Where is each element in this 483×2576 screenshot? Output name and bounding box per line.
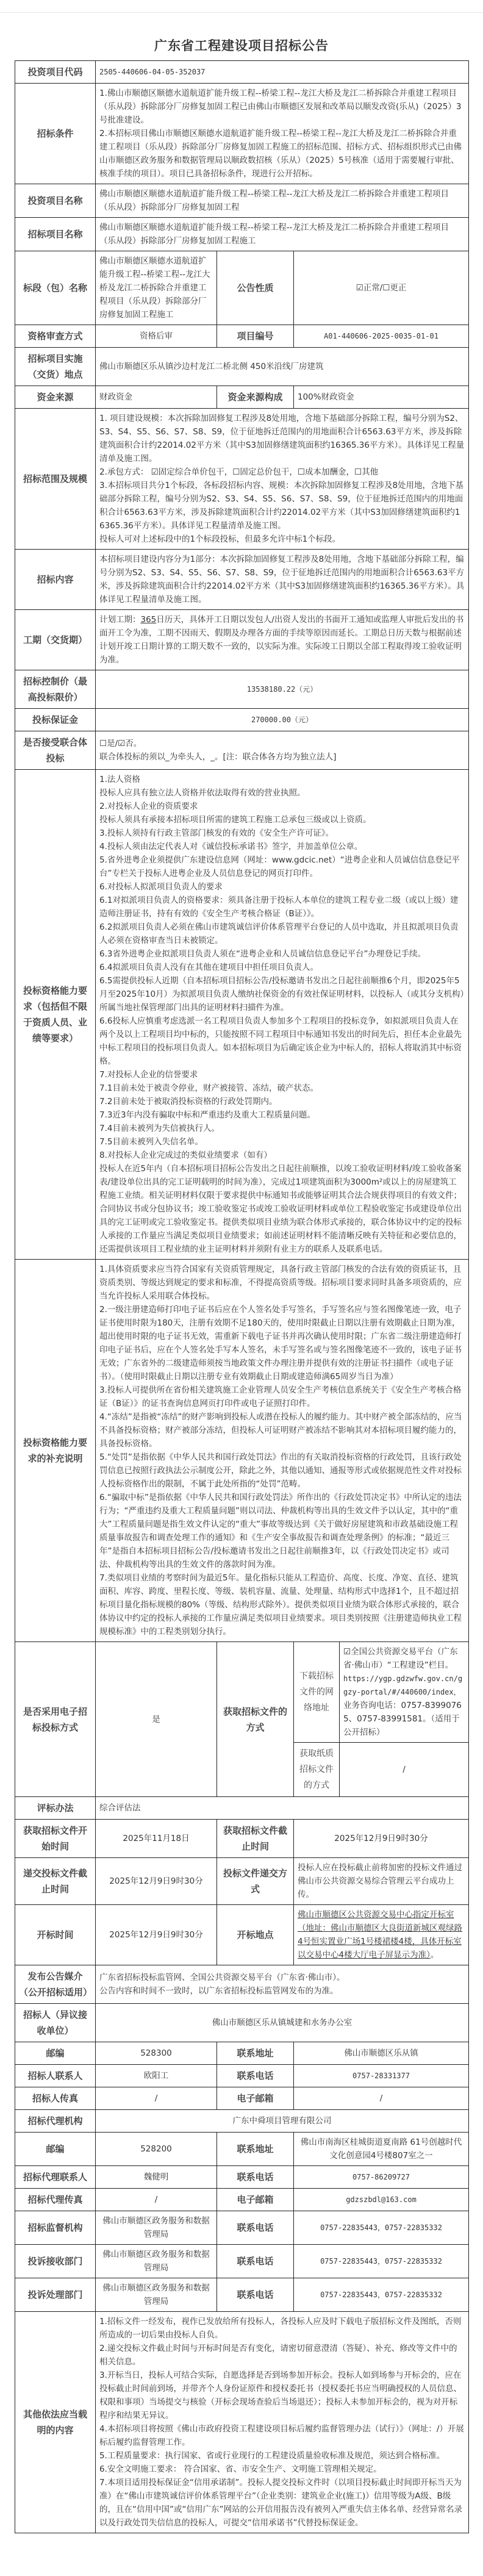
tenderer-postcode: 528300 xyxy=(96,2042,217,2065)
label: 招标控制价（最高投标限价） xyxy=(15,670,96,709)
consortium-value: ☐是/☑否。 联合体投标的须以_为牵头人，_。[注：联合体各方均为独立法人] xyxy=(96,731,469,770)
duration-value: 计划工期：365日历天，具体开工日期以发包人/出资人发出的书面开工通知或监理人审… xyxy=(96,610,469,670)
row-tenderer-post: 邮编 528300 联系地址 佛山市顺德区乐从镇 xyxy=(15,2042,469,2065)
text-line: 投标人须具有承接本招标项目所需的建筑工程施工总承包三级或以上资质。 xyxy=(99,813,465,827)
label: 招标内容 xyxy=(15,550,96,610)
label: 投资项目代码 xyxy=(15,61,96,84)
label: 递交投标文件截止时间 xyxy=(15,1858,96,1905)
row-obtain-time: 获取招标文件开始时间 2025年11月18日 获取招标文件截止时间 2025年1… xyxy=(15,1820,469,1858)
agency-phone: 0757-86209727 xyxy=(294,2166,469,2189)
text-line: 6.“骗取中标”是指依据《中华人民共和国行政处罚法》所作出的《行政处罚决定书》中… xyxy=(99,1491,465,1571)
tenderer-email: / xyxy=(294,2087,469,2110)
download-address-value: ☑全国公共资源交易平台（广东省·佛山市）“工程建设”栏目。 https://yg… xyxy=(340,1642,469,1743)
label: 标段（包）名称 xyxy=(15,251,96,325)
agency-postcode: 528200 xyxy=(96,2133,217,2166)
text-line: 2.递交投标文件截止时间与开标时间是否有变化，请密切留意澄清（答疑）、补充、修改… xyxy=(99,2342,465,2369)
text-line: 7.本项目适用投标保证金“信用承诺制”。投标人提交投标文件时（以项目投标截止时间… xyxy=(99,2476,465,2530)
agency-contact-name: 魏健明 xyxy=(96,2166,217,2189)
row-scope: 招标范围及规模 1. 项目建设规模：本次拆除加固修复工程涉及8处用地，含地下基础… xyxy=(15,409,469,550)
label: 招标项目名称 xyxy=(15,218,96,251)
scope-value: 1. 项目建设规模：本次拆除加固修复工程涉及8处用地，含地下基础部分拆除工程，编… xyxy=(96,409,469,550)
text-line: 6.2拟派项目负责人必须在佛山市建筑诚信评价体系管理平台登记的人员中选取，并且拟… xyxy=(99,920,465,947)
paper-method-value: / xyxy=(340,1743,469,1797)
label: 其他依法应当载明的内容 xyxy=(15,2312,96,2533)
qualification-supplement-value: 1.具体资质要求应当符合国家有关资质管理规定，具备行政主管部门核发的合法有效的资… xyxy=(96,1260,469,1642)
row-qualification-review: 资格审查方式 资格后审 项目编号 A01-440606-2025-0035-01… xyxy=(15,325,469,348)
row-content: 招标内容 本招标项目建设内容分为1部分：本次拆除加固修复工程涉及8处用地，含地下… xyxy=(15,550,469,610)
text-line: 1.法人资格 xyxy=(99,773,465,786)
row-tenderer-contact: 招标人联系人 欧阳工 联系电话 0757-28331377 xyxy=(15,2065,469,2087)
label: 联系电话 xyxy=(217,2245,294,2278)
label: 招标人传真 xyxy=(15,2087,96,2110)
label: 投标文件递交方式 xyxy=(217,1858,294,1905)
label: 评标办法 xyxy=(15,1797,96,1820)
row-control-price: 招标控制价（最高投标限价） 13538180.22（元） xyxy=(15,670,469,709)
supervision-phone: 0757-22835443，0757-22835332 xyxy=(294,2211,469,2245)
investment-name-value: 佛山市顺德区顺德水道航道扩能升级工程--桥梁工程--龙江大桥及龙江二桥拆除合并重… xyxy=(96,184,469,218)
row-consortium: 是否接受联合体投标 ☐是/☑否。 联合体投标的须以_为牵头人，_。[注：联合体各… xyxy=(15,731,469,770)
row-funding: 资金来源 财政资金 资金来源构成 100%财政资金 xyxy=(15,386,469,409)
label: 邮编 xyxy=(15,2042,96,2065)
tenderer-phone: 0757-28331377 xyxy=(294,2065,469,2087)
text-line: 3.开标当日，投标人可结合实际，自愿选择是否到场参加开标会。投标人如到场参与开标… xyxy=(99,2369,465,2422)
label: 联系电话 xyxy=(217,2211,294,2245)
row-qualification-requirements: 投标资格能力要求（包括但不限于资质人员、业绩等要求） 1.法人资格 投标人应具有… xyxy=(15,770,469,1260)
label: 获取招标文件截止时间 xyxy=(217,1820,294,1858)
label: 资格审查方式 xyxy=(15,325,96,348)
label: 投标资格能力要求（包括但不限于资质人员、业绩等要求） xyxy=(15,770,96,1260)
text-line: 6.6投标人应慎重考虑选派一名工程项目负责人参加多个工程项目的投标竞争，如拟派项… xyxy=(99,1014,465,1068)
label: 招标人联系人 xyxy=(15,2065,96,2087)
label: 招标监督机构 xyxy=(15,2211,96,2245)
text-line: 7.类似项目业绩的考察时间为最近5年。量化指标只能从工程造价、高度、长度、净宽、… xyxy=(99,1571,465,1638)
label: 招标代理联系人 xyxy=(15,2166,96,2189)
label: 电子邮箱 xyxy=(217,2189,294,2211)
row-supervision: 招标监督机构 佛山市顺德区政务服务和数据管理局 联系电话 0757-228354… xyxy=(15,2211,469,2245)
section-name-value: 佛山市顺德区顺德水道航道扩能升级工程--桥梁工程--龙江大桥及龙江二桥拆除合并重… xyxy=(96,251,217,325)
row-qualification-supplement: 投标资格能力要求的补充说明 1.具体资质要求应当符合国家有关资质管理规定，具备行… xyxy=(15,1260,469,1642)
consortium-choice: ☐是/☑否。 xyxy=(99,737,465,750)
row-submission: 递交投标文件截止时间 2025年12月9日9时30分 投标文件递交方式 投标人应… xyxy=(15,1858,469,1905)
submission-deadline-value: 2025年12月9日9时30分 xyxy=(96,1858,217,1905)
label: 联系电话 xyxy=(217,2166,294,2189)
row-media: 发布公告媒介（公开招标适用） 广东省招标投标监管网、全国公共资源交易平台（广东省… xyxy=(15,1965,469,2004)
row-tenderer-fax: 招标人传真 / 电子邮箱 / xyxy=(15,2087,469,2110)
media-value: 广东省招标投标监管网、全国公共资源交易平台（广东省·佛山市）。 公告内容和时间不… xyxy=(96,1965,469,2004)
label: 招标代理传真 xyxy=(15,2189,96,2211)
text-line: 3.投标人须持有行政主管部门核发的有效的《安全生产许可证》。 xyxy=(99,827,465,840)
row-agency: 招标代理机构 广东中舜项目管理有限公司 xyxy=(15,2110,469,2133)
label: 投诉处理部门 xyxy=(15,2278,96,2312)
row-tender-conditions: 招标条件 1.佛山市顺德区顺德水道航道扩能升级工程--桥梁工程--龙江大桥及龙江… xyxy=(15,84,469,184)
row-electronic-download: 是否采用电子招标投标方式 是 获取招标文件的方式 下载招标文件的网络地址 ☑全国… xyxy=(15,1642,469,1743)
obtain-end-value: 2025年12月9日9时30分 xyxy=(294,1820,469,1858)
row-complaint-receive: 投诉接收部门 佛山市顺德区政务服务和数据管理局 联系电话 0757-228354… xyxy=(15,2245,469,2278)
text-line: 6.安全文明施工要求： 符合国家、省、市安全生产、文明施工管理相关规定。 xyxy=(99,2463,465,2476)
row-opening: 开标时间 2025年12月9日9时30分 开标地点 佛山市顺德区公共资源交易中心… xyxy=(15,1905,469,1965)
text-line: 投标人可对上述标段中的1个标段投标，但最多允许中标1个标段。 xyxy=(99,533,465,546)
label: 项目编号 xyxy=(217,325,294,348)
row-location: 招标项目实施（交货）地点 佛山市顺德区乐从镇沙边村龙江二桥北侧 450米沿线厂房… xyxy=(15,348,469,386)
label: 是否采用电子招标投标方式 xyxy=(15,1642,96,1797)
label: 获取招标文件开始时间 xyxy=(15,1820,96,1858)
text-line: 6.1对拟派项目负责人的资格要求：须具备注册于投标人本单位的建筑工程专业二级（或… xyxy=(99,894,465,920)
label: 招标范围及规模 xyxy=(15,409,96,550)
notice-nature-value: ☑正常/☐更正 xyxy=(294,251,469,325)
text-line: 联合体投标的须以_为牵头人，_。[注：联合体各方均为独立法人] xyxy=(99,750,465,764)
text-line: 2.对投标人企业的资质要求 xyxy=(99,800,465,813)
text-line: 6.对投标人拟派项目负责人的要求 xyxy=(99,880,465,894)
text-line: 7.4目前未被列为失信被执行人。 xyxy=(99,1122,465,1135)
label: 联系电话 xyxy=(217,2065,294,2087)
label: 投诉接收部门 xyxy=(15,2245,96,2278)
complaint-handle-value: 佛山市顺德区政务服务和数据管理局 xyxy=(96,2278,217,2312)
text-line: 业务咨询电话：0757-83990765、0757-83991581。（适用于公… xyxy=(343,1699,465,1739)
label: 投标资格能力要求的补充说明 xyxy=(15,1260,96,1642)
project-number-value: A01-440606-2025-0035-01-01 xyxy=(294,325,469,348)
label: 开标时间 xyxy=(15,1905,96,1965)
label: 招标代理机构 xyxy=(15,2110,96,2133)
label: 投标保证金 xyxy=(15,709,96,731)
label: 下载招标文件的网络地址 xyxy=(294,1642,340,1743)
text-line: 4.投标人须由法定代表人对《诚信投标承诺书》签字，并加盖单位公章。 xyxy=(99,840,465,853)
label: 电子邮箱 xyxy=(217,2087,294,2110)
download-url-link[interactable]: https://ygp.gdzwfw.gov.cn/ggzy-portal/#/… xyxy=(343,1672,465,1699)
row-bid-bond: 投标保证金 270000.00（元） xyxy=(15,709,469,731)
tenderer-fax: / xyxy=(96,2087,217,2110)
row-tender-name: 招标项目名称 佛山市顺德区顺德水道航道扩能升级工程--桥梁工程--龙江大桥及龙江… xyxy=(15,218,469,251)
complaint-receive-phone: 0757-22835443，0757-22835332 xyxy=(294,2245,469,2278)
text-line: 3.投标人可提供所在省份相关建筑施工企业管理人员安全生产考核信息系统关于《安全生… xyxy=(99,1383,465,1410)
label: 发布公告媒介（公开招标适用） xyxy=(15,1965,96,2004)
text-line: 2.一级注册建造师打印电子证书后应在个人签名处手写签名，手写签名应与签名图像笔迹… xyxy=(99,1303,465,1383)
evaluation-value: 综合评估法 xyxy=(96,1797,469,1820)
investment-code-value: 2505-440606-04-05-352037 xyxy=(96,61,469,84)
tenderer-value: 佛山市顺德区乐从镇城建和水务办公室 xyxy=(96,2004,469,2042)
text-line: 1.佛山市顺德区顺德水道航道扩能升级工程--桥梁工程--龙江大桥及龙江二桥拆除合… xyxy=(99,87,465,127)
row-tenderer: 招标人（异议接收单位） 佛山市顺德区乐从镇城建和水务办公室 xyxy=(15,2004,469,2042)
label: 招标人（异议接收单位） xyxy=(15,2004,96,2042)
submission-method-value: 投标人应在投标截止前将加密的投标文件通过佛山市公共资源交易综合管理云平台成功上传… xyxy=(294,1858,469,1905)
text-line: 6.3省外进粤企业拟派项目负责人须在“进粤企业和人员诚信信息登记平台”办理登记手… xyxy=(99,947,465,961)
agency-email: gdzszbdl@163.com xyxy=(294,2189,469,2211)
label: 获取纸质招标文件的方式 xyxy=(294,1743,340,1797)
row-agency-contact: 招标代理联系人 魏健明 联系电话 0757-86209727 xyxy=(15,2166,469,2189)
row-agency-post: 邮编 528200 联系地址 佛山市南海区桂城街道夏南路 61号创越时代文化创意… xyxy=(15,2133,469,2166)
text-line: 6.5需提供投标人近期（自本招标项目招标公告/投标邀请书发出之日起往前顺推6个月… xyxy=(99,974,465,1014)
page-footer-space xyxy=(0,2533,483,2576)
row-duration: 工期（交货期） 计划工期：365日历天，具体开工日期以发包人/出资人发出的书面开… xyxy=(15,610,469,670)
qualification-requirements-value: 1.法人资格 投标人应具有独立法人资格并依法取得有效的营业执照。 2.对投标人企… xyxy=(96,770,469,1260)
text-line: 5.省外进粤企业须提供广东建设信息网（网址：www.gdcic.net）“进粤企… xyxy=(99,853,465,880)
text-line: 7.对投标人企业的信誉要求 xyxy=(99,1068,465,1082)
funding-value: 财政资金 xyxy=(96,386,217,409)
control-price-value: 13538180.22（元） xyxy=(96,670,469,709)
text-line: 3.本招标项目共分1个标段，各标段招标内容、规模：本次拆除加固修复工程涉及8处用… xyxy=(99,479,465,533)
text-line: 1. 项目建设规模：本次拆除加固修复工程涉及8处用地，含地下基础部分拆除工程，编… xyxy=(99,412,465,465)
label: 开标地点 xyxy=(217,1905,294,1965)
label: 是否接受联合体投标 xyxy=(15,731,96,770)
text-line: 5.“处罚”是指依据《中华人民共和国行政处罚法》作出的有关取消投标资格的行政处罚… xyxy=(99,1451,465,1491)
agency-value: 广东中舜项目管理有限公司 xyxy=(96,2110,469,2133)
label: 投资项目名称 xyxy=(15,184,96,218)
text-line: 5.工程质量要求：执行国家、省或行业现行的工程建设质量验收标准及规范，须达到合格… xyxy=(99,2449,465,2463)
complaint-receive-value: 佛山市顺德区政务服务和数据管理局 xyxy=(96,2245,217,2278)
opening-place-value: 佛山市顺德区公共资源交易中心指定开标室（地址：佛山市顺德区大良街道新城区观绿路4… xyxy=(294,1905,469,1965)
electronic-value: 是 xyxy=(96,1642,217,1797)
row-section-name: 标段（包）名称 佛山市顺德区顺德水道航道扩能升级工程--桥梁工程--龙江大桥及龙… xyxy=(15,251,469,325)
text-line: ☑全国公共资源交易平台（广东省·佛山市）“工程建设”栏目。 xyxy=(343,1645,465,1672)
qualification-review-value: 资格后审 xyxy=(96,325,217,348)
label: 联系电话 xyxy=(217,2278,294,2312)
text-line: 广东省招标投标监管网、全国公共资源交易平台（广东省·佛山市）。 xyxy=(99,1971,465,1984)
text-line: 7.1目前未处于被责令停业，财产被接管、冻结，破产状态。 xyxy=(99,1082,465,1095)
tenderer-contact-name: 欧阳工 xyxy=(96,2065,217,2087)
label: 招标项目实施（交货）地点 xyxy=(15,348,96,386)
label: 公告性质 xyxy=(217,251,294,325)
duration-prefix: 计划工期： xyxy=(99,615,141,625)
text-line: 投标人应具有独立法人资格并依法取得有效的营业执照。 xyxy=(99,786,465,800)
row-complaint-handle: 投诉处理部门 佛山市顺德区政务服务和数据管理局 联系电话 0757-228354… xyxy=(15,2278,469,2312)
row-agency-fax: 招标代理传真 / 电子邮箱 gdzszbdl@163.com xyxy=(15,2189,469,2211)
bid-bond-value: 270000.00（元） xyxy=(96,709,469,731)
opening-time-value: 2025年12月9日9时30分 xyxy=(96,1905,217,1965)
tender-name-value: 佛山市顺德区顺德水道航道扩能升级工程--桥梁工程--龙江大桥及龙江二桥拆除合并重… xyxy=(96,218,469,251)
text-line: 2.承包方式： ☑固定综合单价包干，☐固定总价包干，☐成本加酬金，☐其他 xyxy=(99,465,465,479)
text-line: 8.对投标人企业完成过的类似业绩要求（如有） xyxy=(99,1149,465,1162)
obtain-start-value: 2025年11月18日 xyxy=(96,1820,217,1858)
tenderer-address: 佛山市顺德区乐从镇 xyxy=(294,2042,469,2065)
complaint-handle-phone: 0757-22835443，0757-22835332 xyxy=(294,2278,469,2312)
other-value: 1.招标文件一经发布，视作已发放给所有投标人，各投标人应及时下载电子版招标文件及… xyxy=(96,2312,469,2533)
text-line: 7.3近3年内没有骗取中标和严重违约及重大工程质量问题。 xyxy=(99,1108,465,1122)
page-title: 广东省工程建设项目招标公告 xyxy=(0,36,483,54)
supervision-value: 佛山市顺德区政务服务和数据管理局 xyxy=(96,2211,217,2245)
label: 邮编 xyxy=(15,2133,96,2166)
text-line: 投标人在近5年内（自本招标项目招标公告发出之日起往前顺推，以竣工验收证明材料/竣… xyxy=(99,1162,465,1256)
text-line: 2.本招标项目佛山市顺德区顺德水道航道扩能升级工程--桥梁工程--龙江大桥及龙江… xyxy=(99,127,465,181)
label: 获取招标文件的方式 xyxy=(217,1642,294,1797)
label: 资金来源构成 xyxy=(217,386,294,409)
label: 工期（交货期） xyxy=(15,610,96,670)
notice-table: 投资项目代码 2505-440606-04-05-352037 招标条件 1.佛… xyxy=(15,60,469,2533)
text-line: 7.2目前未处于被取消投标资格的行政处罚期内。 xyxy=(99,1095,465,1108)
top-bar xyxy=(0,0,483,13)
row-investment-name: 投资项目名称 佛山市顺德区顺德水道航道扩能升级工程--桥梁工程--龙江大桥及龙江… xyxy=(15,184,469,218)
row-evaluation: 评标办法 综合评估法 xyxy=(15,1797,469,1820)
text-line: 公告内容和时间不一致时，以广东省招标投标监管网发布的为准。 xyxy=(99,1984,465,1998)
agency-address: 佛山市南海区桂城街道夏南路 61号创越时代文化创意园4号楼807室之一 xyxy=(294,2133,469,2166)
label: 招标条件 xyxy=(15,84,96,184)
funding-composition-value: 100%财政资金 xyxy=(294,386,469,409)
text-line: 4.“冻结”是指被“冻结”的财产影响到投标人或潜在投标人的履约能力。其中财产被全… xyxy=(99,1410,465,1451)
content-value: 本招标项目建设内容分为1部分：本次拆除加固修复工程涉及8处用地，含地下基础部分拆… xyxy=(96,550,469,610)
text-line: 1.具体资质要求应当符合国家有关资质管理规定，具备行政主管部门核发的合法有效的资… xyxy=(99,1263,465,1303)
label: 联系地址 xyxy=(217,2133,294,2166)
text-line: 1.招标文件一经发布，视作已发放给所有投标人，各投标人应及时下载电子版招标文件及… xyxy=(99,2315,465,2342)
location-value: 佛山市顺德区乐从镇沙边村龙江二桥北侧 450米沿线厂房建筑 xyxy=(96,348,469,386)
label: 联系地址 xyxy=(217,2042,294,2065)
label: 资金来源 xyxy=(15,386,96,409)
text-line: 4.本招标项目将按照《佛山市政府投资工程建设项目标后履约监督管理办法（试行）》（… xyxy=(99,2422,465,2449)
text-line: 7.5目前未被列入失信名单。 xyxy=(99,1135,465,1149)
agency-fax: / xyxy=(96,2189,217,2211)
punctuation: 。 xyxy=(431,1950,439,1960)
tender-conditions-value: 1.佛山市顺德区顺德水道航道扩能升级工程--桥梁工程--龙江大桥及龙江二桥拆除合… xyxy=(96,84,469,184)
row-other: 其他依法应当载明的内容 1.招标文件一经发布，视作已发放给所有投标人，各投标人应… xyxy=(15,2312,469,2533)
duration-days: 365 xyxy=(141,615,157,625)
text-line: 6.4拟派项目负责人没有在其他在建项目中担任项目负责人。 xyxy=(99,961,465,974)
row-investment-code: 投资项目代码 2505-440606-04-05-352037 xyxy=(15,61,469,84)
